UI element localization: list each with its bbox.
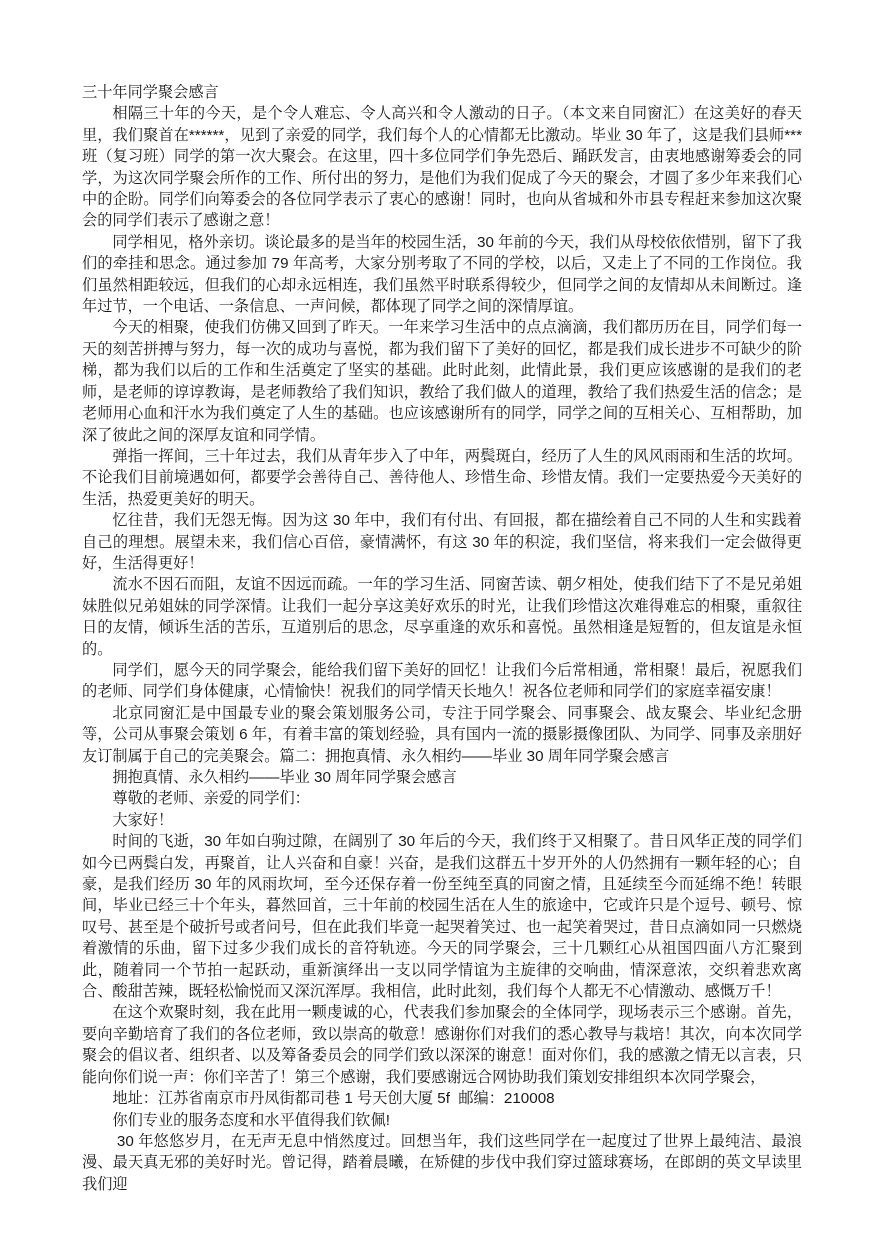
paragraph: 忆往昔，我们无怨无悔。因为这 30 年中，我们有付出、有回报，都在描绘着自己不同… [82,510,802,574]
paragraph: 30 年悠悠岁月，在无声无息中悄然度过。回想当年，我们这些同学在一起度过了世界上… [82,1131,802,1195]
paragraph: 你们专业的服务态度和水平值得我们钦佩! [82,1110,802,1131]
paragraph: 在这个欢聚时刻，我在此用一颗虔诚的心，代表我们参加聚会的全体同学，现场表示三个感… [82,1002,802,1088]
document-content: 三十年同学聚会感言 相隔三十年的今天，是个令人难忘、令人高兴和令人激动的日子。（… [82,82,802,1195]
paragraph: 尊敬的老师、亲爱的同学们： [82,788,802,809]
document-body: 相隔三十年的今天，是个令人难忘、令人高兴和令人激动的日子。（本文来自同窗汇）在这… [82,103,802,1195]
paragraph: 拥抱真情、永久相约——毕业 30 周年同学聚会感言 [82,767,802,788]
paragraph: 弹指一挥间，三十年过去，我们从青年步入了中年，两鬓斑白，经历了人生的风风雨雨和生… [82,446,802,510]
document-title: 三十年同学聚会感言 [82,82,802,103]
document-page: 三十年同学聚会感言 相隔三十年的今天，是个令人难忘、令人高兴和令人激动的日子。（… [0,0,884,1250]
paragraph: 同学相见，格外亲切。谈论最多的是当年的校园生活，30 年前的今天，我们从母校依依… [82,232,802,318]
paragraph: 相隔三十年的今天，是个令人难忘、令人高兴和令人激动的日子。（本文来自同窗汇）在这… [82,103,802,231]
paragraph: 今天的相聚，使我们仿佛又回到了昨天。一年来学习生活中的点点滴滴，我们都历历在目，… [82,317,802,445]
paragraph: 时间的飞逝，30 年如白驹过隙，在阔别了 30 年后的今天，我们终于又相聚了。昔… [82,831,802,1002]
paragraph: 地址：江苏省南京市丹凤街都司巷 1 号天创大厦 5f 邮编：210008 [82,1088,802,1109]
paragraph: 同学们，愿今天的同学聚会，能给我们留下美好的回忆！让我们今后常相通，常相聚！最后… [82,660,802,703]
paragraph: 流水不因石而阻，友谊不因远而疏。一年的学习生活、同窗苦读、朝夕相处，使我们结下了… [82,574,802,660]
paragraph: 大家好！ [82,810,802,831]
paragraph: 北京同窗汇是中国最专业的聚会策划服务公司，专注于同学聚会、同事聚会、战友聚会、毕… [82,703,802,767]
